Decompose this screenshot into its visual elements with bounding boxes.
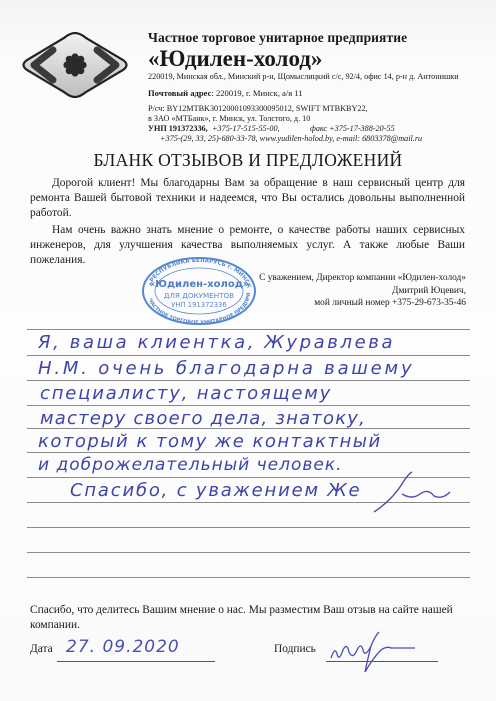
postal-value: : 220019, г. Минск, а/я 11 [211, 88, 302, 98]
bank-name: в ЗАО «МТБанк», г. Минск, ул. Толстого, … [148, 114, 488, 124]
ruled-line [27, 527, 470, 528]
feedback-form-page: Частное торговое унитарное предприятие «… [0, 0, 496, 701]
ruled-line [27, 405, 470, 406]
feedback-line[interactable]: мастеру своего дела, знатоку, [40, 408, 366, 429]
company-logo-icon [20, 30, 130, 100]
ruled-line [27, 380, 470, 381]
ruled-line [27, 329, 470, 330]
phone-main: +375-17-515-55-00, [212, 124, 310, 134]
customer-initials-scribble-icon [372, 470, 452, 514]
director-phone: мой личный номер +375-29-673-35-46 [259, 297, 466, 310]
fax-number: факс +375-17-388-20-55 [310, 124, 395, 134]
ruled-line [27, 552, 470, 553]
customer-signature-icon[interactable] [327, 628, 417, 676]
company-stamp-icon: РЕСПУБЛИКА БЕЛАРУСЬ г. МИНСК ЧАСТНОЕ ТОР… [140, 254, 258, 326]
bank-account: Р/сч: BY12MTBK30120001093300095012, SWIF… [148, 104, 488, 114]
feedback-line[interactable]: и доброжелательный человек. [38, 455, 343, 475]
postal-address: Почтовый адрес: 220019, г. Минск, а/я 11 [148, 88, 488, 98]
intro-paragraph: Дорогой клиент! Мы благодарны Вам за обр… [30, 176, 465, 221]
signature-label: Подпись [274, 643, 316, 655]
legal-address: 220019, Минская обл., Минский р-н, Щомыс… [148, 72, 488, 82]
svg-text:ДЛЯ ДОКУМЕНТОВ: ДЛЯ ДОКУМЕНТОВ [164, 291, 234, 300]
svg-text:УНП 191372336: УНП 191372336 [171, 301, 226, 309]
feedback-line[interactable]: Я, ваша клиентка, Журавлева [38, 332, 395, 353]
ruled-line [27, 452, 470, 453]
date-underline [57, 661, 215, 662]
director-name: Дмитрий Юцевич, [259, 285, 466, 298]
company-header: Частное торговое унитарное предприятие «… [148, 30, 488, 144]
postal-label: Почтовый адрес [148, 88, 211, 98]
date-label: Дата [30, 643, 53, 655]
ruled-line [27, 577, 470, 578]
feedback-line[interactable]: специалисту, настоящему [40, 383, 332, 404]
feedback-line[interactable]: Спасибо, с уважением Же [70, 480, 361, 501]
company-type: Частное торговое унитарное предприятие [148, 30, 488, 46]
director-signoff: С уважением, Директор компании «Юдилен-х… [259, 272, 466, 310]
svg-text:«Юдилен-холод»: «Юдилен-холод» [149, 279, 250, 290]
unp-number: УНП 191372336, [148, 124, 212, 134]
phone-web-email: +375-(29, 33, 25)-680-33-78, www.yudilen… [148, 134, 488, 144]
feedback-line[interactable]: который к тому же контактный [38, 431, 382, 452]
director-title: С уважением, Директор компании «Юдилен-х… [259, 272, 466, 285]
intro-text: Дорогой клиент! Мы благодарны Вам за обр… [30, 177, 465, 219]
company-name: «Юдилен-холод» [148, 47, 488, 71]
form-title: БЛАНК ОТЗЫВОВ И ПРЕДЛОЖЕНИЙ [0, 150, 496, 171]
unp-phone-row: УНП 191372336, +375-17-515-55-00, факс +… [148, 124, 488, 134]
feedback-line[interactable]: Н.М. очень благодарна вашему [38, 358, 414, 379]
date-field[interactable]: 27. 09.2020 [66, 637, 180, 657]
ruled-line [27, 355, 470, 356]
